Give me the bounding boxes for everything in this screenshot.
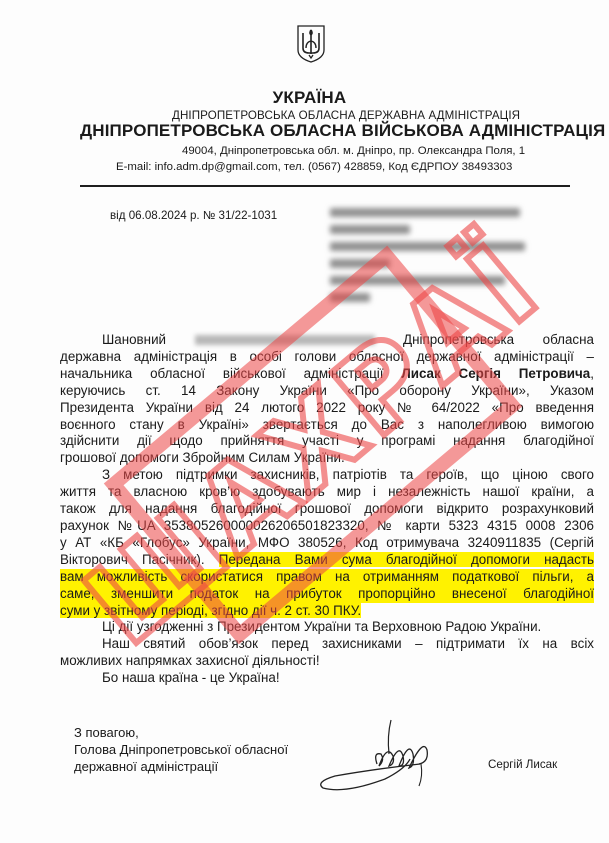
signer-position: Голова Дніпропетровської обласної xyxy=(74,741,288,758)
greeting: Шановний xyxy=(102,332,166,347)
highlighted-text: Передана Вами сума благодійної допомоги … xyxy=(219,552,594,567)
paragraph-agreement: Ці дії узгодженні з Президентом України … xyxy=(60,619,594,636)
recipient-block-redacted xyxy=(330,208,530,310)
highlighted-text: суми у звітному періоді, згідно дії ч. 2… xyxy=(60,603,361,618)
header-address: 49004, Дніпропетровська обл. м. Дніпро, … xyxy=(182,145,525,157)
header-military-administration: ДНІПРОПЕТРОВСЬКА ОБЛАСНА ВІЙСЬКОВА АДМІН… xyxy=(80,121,605,141)
regards: З повагою, xyxy=(74,724,288,741)
paragraph-duty: Наш святий обов’язок перед захисниками –… xyxy=(60,636,594,670)
ukraine-trident-icon xyxy=(296,24,326,64)
closing-block: З повагою, Голова Дніпропетровської обла… xyxy=(74,724,288,775)
signer-name: Сергій Лисак xyxy=(488,758,557,771)
header-contacts: E-mail: info.adm.dp@gmail.com, тел. (056… xyxy=(116,161,512,173)
official-name: Лисак Сергія Петровича xyxy=(401,366,590,381)
highlighted-text: вам можливість скористатися правом на от… xyxy=(60,569,594,586)
highlighted-text: саме, зменшити податок на прибуток пропо… xyxy=(60,586,594,603)
letter-page: УКРАЇНА ДНІПРОПЕТРОВСЬКА ОБЛАСНА ДЕРЖАВН… xyxy=(0,0,609,843)
header-divider xyxy=(80,185,570,187)
paragraph-slogan: Бо наша країна - це Україна! xyxy=(60,670,594,687)
letter-body: Шановний Дніпропетровська обласна держав… xyxy=(60,332,594,687)
header-country: УКРАЇНА xyxy=(0,88,609,108)
handwritten-signature-icon xyxy=(315,714,445,794)
paragraph-bank-details: З метою підтримки захисників, патріотів … xyxy=(60,467,594,619)
paragraph-appeal: Шановний Дніпропетровська обласна xyxy=(60,332,594,349)
redacted-recipient-name xyxy=(195,335,375,345)
document-reference: від 06.08.2024 р. № 31/22-1031 xyxy=(110,209,277,222)
account-details: рахунок №UA 353805260000026206501823320,… xyxy=(60,518,594,535)
